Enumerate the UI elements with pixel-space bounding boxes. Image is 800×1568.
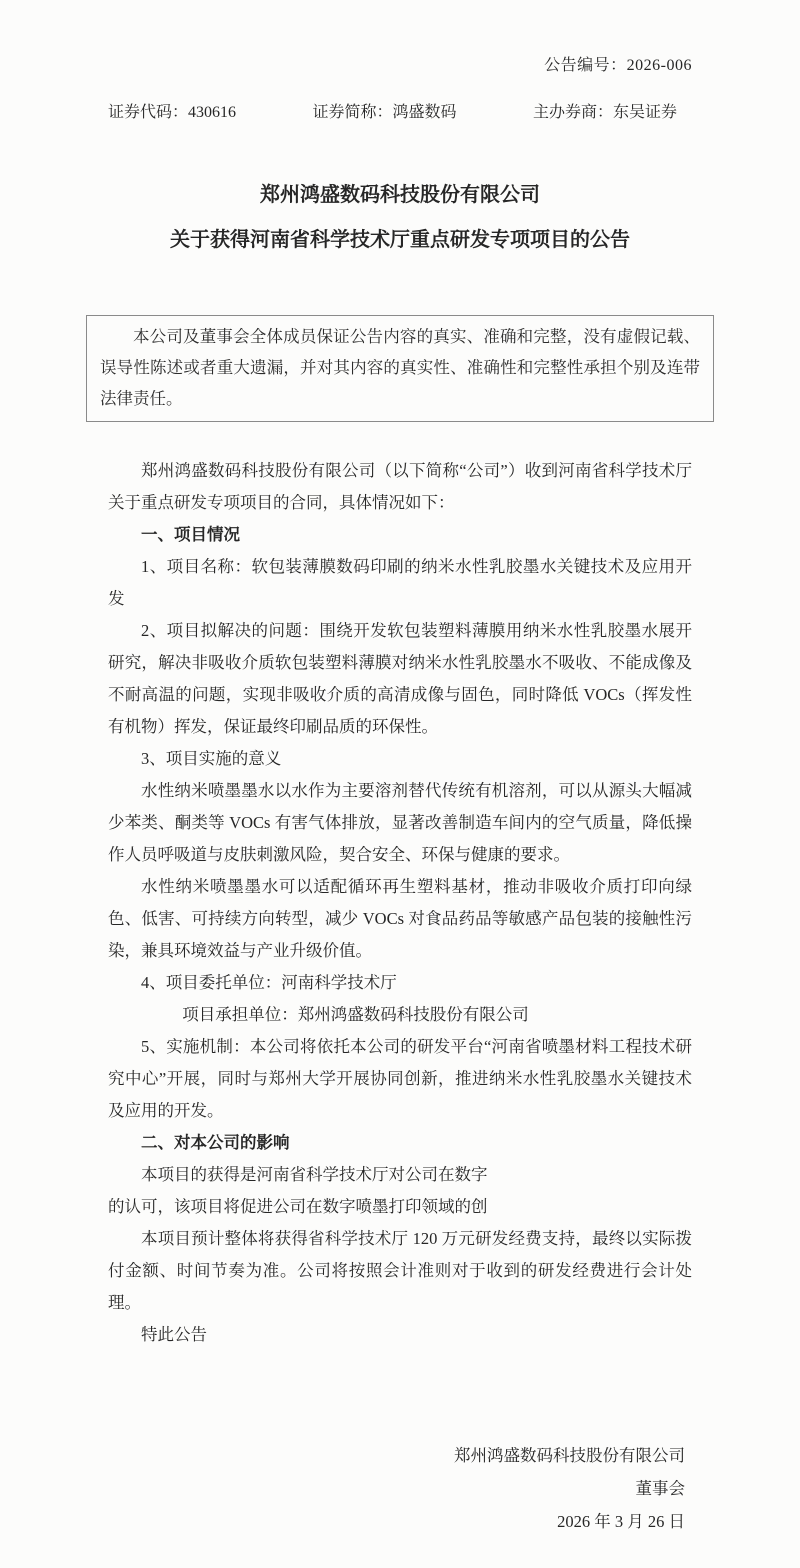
para-significance-1: 水性纳米喷墨墨水以水作为主要溶剂替代传统有机溶剂，可以从源头大幅减少苯类、酮类等… — [108, 775, 692, 871]
notice-number: 公告编号：2026-006 — [108, 57, 692, 75]
disclaimer-box: 本公司及董事会全体成员保证公告内容的真实、准确和完整，没有虚假记载、误导性陈述或… — [86, 315, 714, 422]
para-significance-heading: 3、项目实施的意义 — [108, 743, 692, 775]
para-undertaking-unit: 项目承担单位：郑州鸿盛数码科技股份有限公司 — [108, 999, 692, 1031]
para-commissioning-unit: 4、项目委托单位：河南科学技术厅 — [108, 967, 692, 999]
lead-broker: 主办券商：东吴证券 — [533, 103, 677, 123]
announcement-document: 公告编号：2026-006 证券代码：430616 证券简称：鸿盛数码 主办券商… — [0, 0, 800, 1568]
para-impact-line2: 的认可，该项目将促进公司在数字喷墨打印领域的创 — [108, 1191, 692, 1223]
para-implementation-mechanism: 5、实施机制：本公司将依托本公司的研发平台“河南省喷墨材料工程技术研究中心”开展… — [108, 1031, 692, 1127]
para-closing: 特此公告 — [108, 1319, 692, 1351]
stock-code: 证券代码：430616 — [108, 103, 236, 123]
doc-title-line1: 郑州鸿盛数码科技股份有限公司 — [108, 173, 692, 218]
para-project-problems: 2、项目拟解决的问题：围绕开发软包装塑料薄膜用纳米水性乳胶墨水展开研究，解决非吸… — [108, 615, 692, 743]
securities-info-row: 证券代码：430616 证券简称：鸿盛数码 主办券商：东吴证券 — [108, 103, 692, 123]
doc-title-line2: 关于获得河南省科学技术厅重点研发专项项目的公告 — [108, 218, 692, 263]
signature-date: 2026 年 3 月 26 日 — [108, 1505, 685, 1538]
signature-board: 董事会 — [108, 1472, 685, 1505]
signature-block: 郑州鸿盛数码科技股份有限公司 董事会 2026 年 3 月 26 日 — [108, 1439, 692, 1538]
stock-short-name: 证券简称：鸿盛数码 — [312, 103, 456, 123]
para-project-name: 1、项目名称：软包装薄膜数码印刷的纳米水性乳胶墨水关键技术及应用开发 — [108, 551, 692, 615]
signature-company: 郑州鸿盛数码科技股份有限公司 — [108, 1439, 685, 1472]
section-heading-impact: 二、对本公司的影响 — [108, 1127, 692, 1159]
para-funding: 本项目预计整体将获得省科学技术厅 120 万元研发经费支持，最终以实际拨付金额、… — [108, 1223, 692, 1319]
document-body: 郑州鸿盛数码科技股份有限公司（以下简称“公司”）收到河南省科学技术厅关于重点研发… — [108, 455, 692, 1351]
document-title: 郑州鸿盛数码科技股份有限公司 关于获得河南省科学技术厅重点研发专项项目的公告 — [108, 173, 692, 263]
para-significance-2: 水性纳米喷墨墨水可以适配循环再生塑料基材，推动非吸收介质打印向绿色、低害、可持续… — [108, 871, 692, 967]
section-heading-project-info: 一、项目情况 — [108, 519, 692, 551]
para-impact-line1: 本项目的获得是河南省科学技术厅对公司在数字 — [108, 1159, 692, 1191]
intro-paragraph: 郑州鸿盛数码科技股份有限公司（以下简称“公司”）收到河南省科学技术厅关于重点研发… — [108, 455, 692, 519]
